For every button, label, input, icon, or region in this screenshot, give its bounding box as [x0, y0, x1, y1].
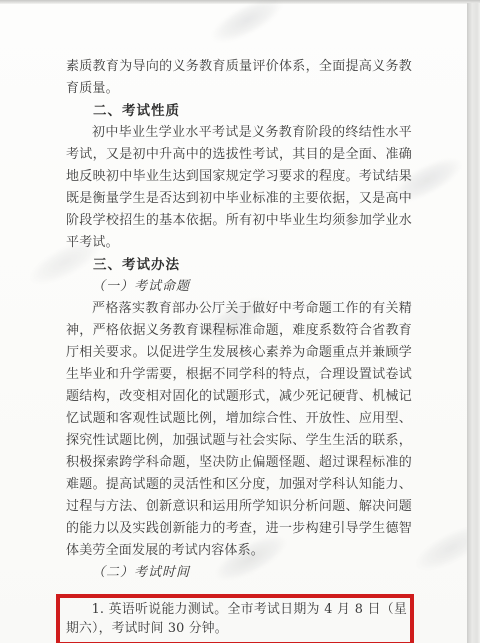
page-edge-shadow [467, 3, 480, 643]
paragraph-exam-nature: 初中毕业生学业水平考试是义务教育阶段的终结性水平考试，又是初中升高中的选拔性考试… [66, 122, 412, 254]
paragraph-exam-proposition: 严格落实教育部办公厅关于做好中考命题工作的有关精神，严格依据义务教育课程标准命题… [66, 298, 412, 562]
subheading-exam-proposition: （一）考试命题 [66, 276, 412, 298]
continuation-paragraph: 素质教育为导向的义务教育质量评价体系，全面提高义务教育质量。 [66, 56, 412, 100]
paragraph-english-listening-test: 1. 英语听说能力测试。全市考试日期为 4 月 8 日（星期六），考试时间 30… [66, 600, 407, 638]
document-photo: 素质教育为导向的义务教育质量评价体系，全面提高义务教育质量。 二、考试性质 初中… [0, 0, 480, 643]
red-highlight-box: 1. 英语听说能力测试。全市考试日期为 4 月 8 日（星期六），考试时间 30… [56, 594, 414, 643]
document-page: 素质教育为导向的义务教育质量评价体系，全面提高义务教育质量。 二、考试性质 初中… [0, 0, 467, 643]
subheading-exam-time: （二）考试时间 [66, 562, 412, 584]
heading-exam-method: 三、考试办法 [66, 254, 412, 276]
heading-exam-nature: 二、考试性质 [66, 100, 412, 122]
